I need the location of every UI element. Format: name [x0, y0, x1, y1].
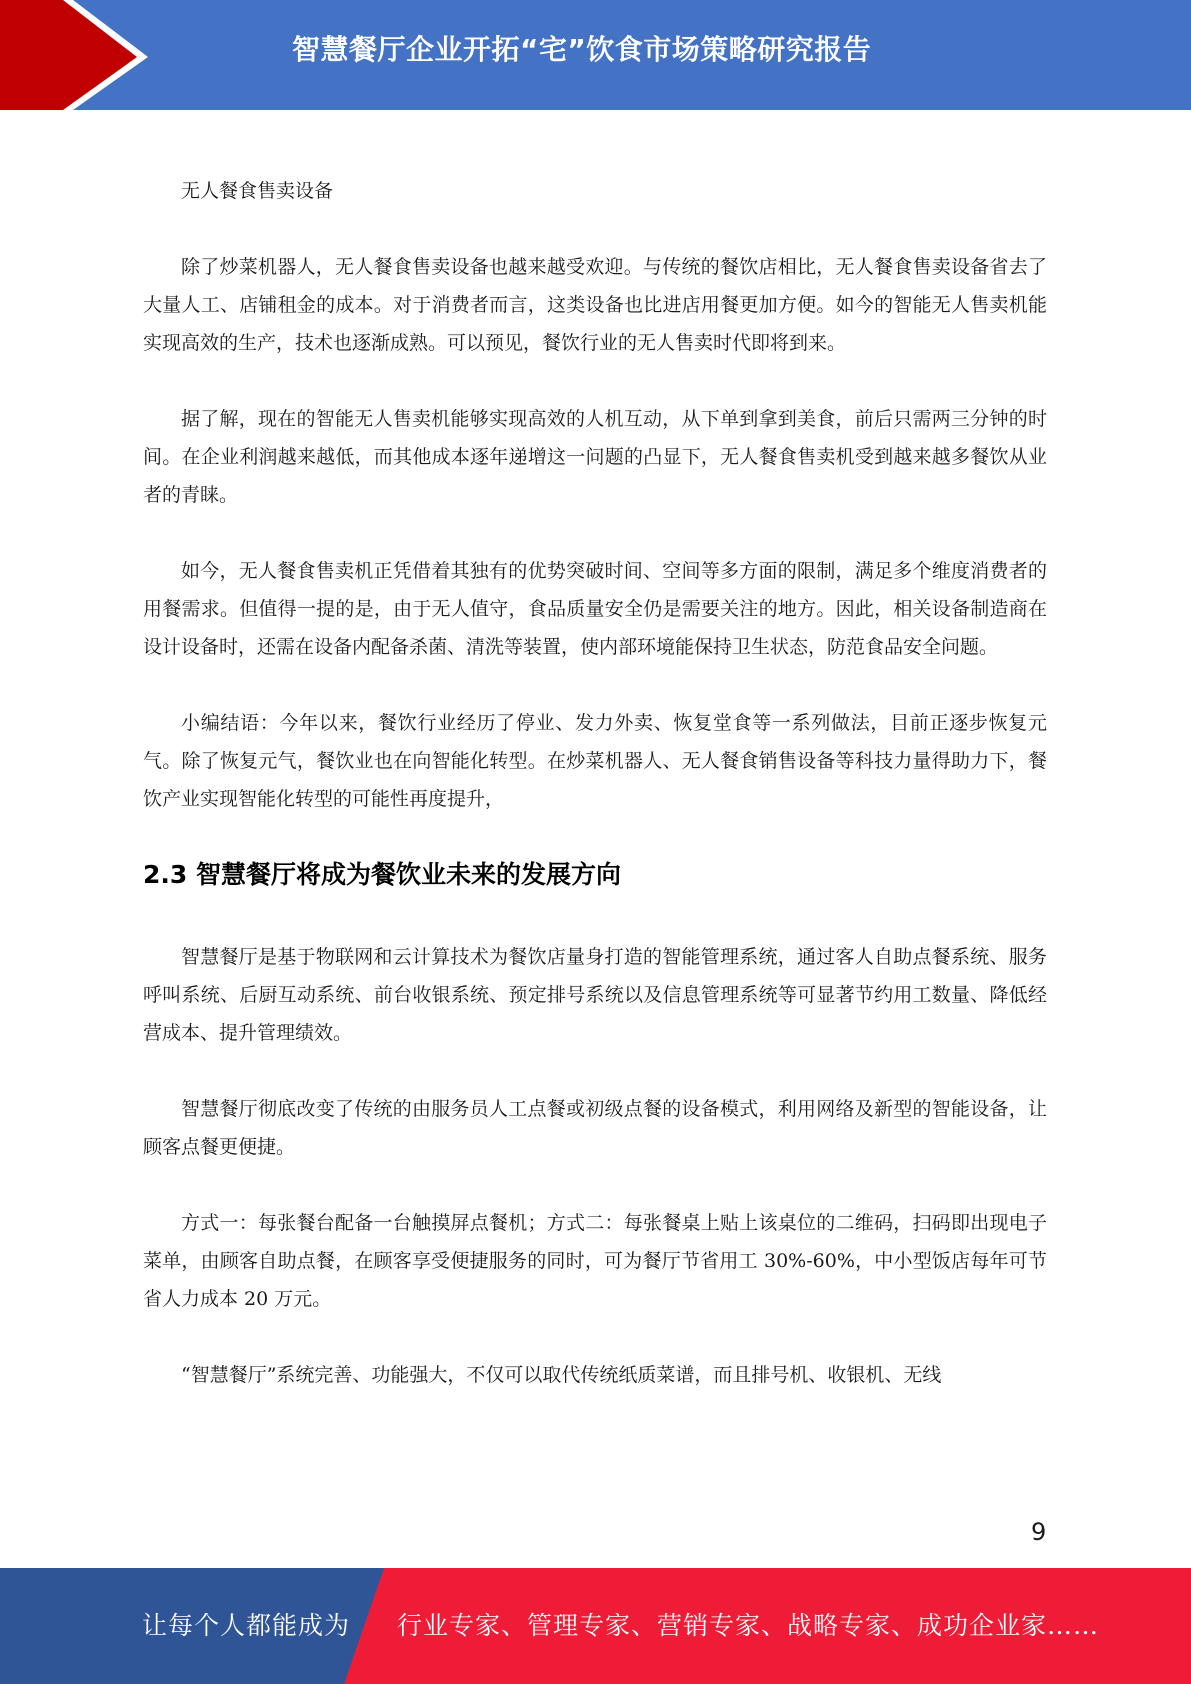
page-header: 智慧餐厅企业开拓“宅”饮食市场策略研究报告	[0, 0, 1191, 110]
paragraph: 智慧餐厅是基于物联网和云计算技术为餐饮店量身打造的智能管理系统，通过客人自助点餐…	[143, 938, 1047, 1052]
paragraph: 据了解，现在的智能无人售卖机能够实现高效的人机互动，从下单到拿到美食，前后只需两…	[143, 400, 1047, 514]
red-arrow-icon	[0, 0, 160, 110]
paragraph: “智慧餐厅”系统完善、功能强大，不仅可以取代传统纸质菜谱，而且排号机、收银机、无…	[143, 1356, 1047, 1394]
section-heading: 2.3 智慧餐厅将成为餐饮业未来的发展方向	[143, 856, 1047, 894]
paragraph: 除了炒菜机器人，无人餐食售卖设备也越来越受欢迎。与传统的餐饮店相比，无人餐食售卖…	[143, 248, 1047, 362]
document-title: 智慧餐厅企业开拓“宅”饮食市场策略研究报告	[292, 28, 871, 68]
paragraph: 小编结语：今年以来，餐饮行业经历了停业、发力外卖、恢复堂食等一系列做法，目前正逐…	[143, 704, 1047, 818]
footer-slogan-left: 让每个人都能成为	[142, 1606, 350, 1642]
page-footer: 让每个人都能成为 行业专家、管理专家、营销专家、战略专家、成功企业家……	[0, 1568, 1191, 1684]
page-number: 9	[1031, 1518, 1046, 1546]
paragraph: 方式一：每张餐台配备一台触摸屏点餐机；方式二：每张餐桌上贴上该桌位的二维码，扫码…	[143, 1204, 1047, 1318]
page-content: 无人餐食售卖设备 除了炒菜机器人，无人餐食售卖设备也越来越受欢迎。与传统的餐饮店…	[143, 172, 1047, 1394]
footer-slogan-right: 行业专家、管理专家、营销专家、战略专家、成功企业家……	[397, 1606, 1099, 1642]
subheading: 无人餐食售卖设备	[143, 172, 1047, 210]
paragraph: 如今，无人餐食售卖机正凭借着其独有的优势突破时间、空间等多方面的限制，满足多个维…	[143, 552, 1047, 666]
paragraph: 智慧餐厅彻底改变了传统的由服务员人工点餐或初级点餐的设备模式，利用网络及新型的智…	[143, 1090, 1047, 1166]
